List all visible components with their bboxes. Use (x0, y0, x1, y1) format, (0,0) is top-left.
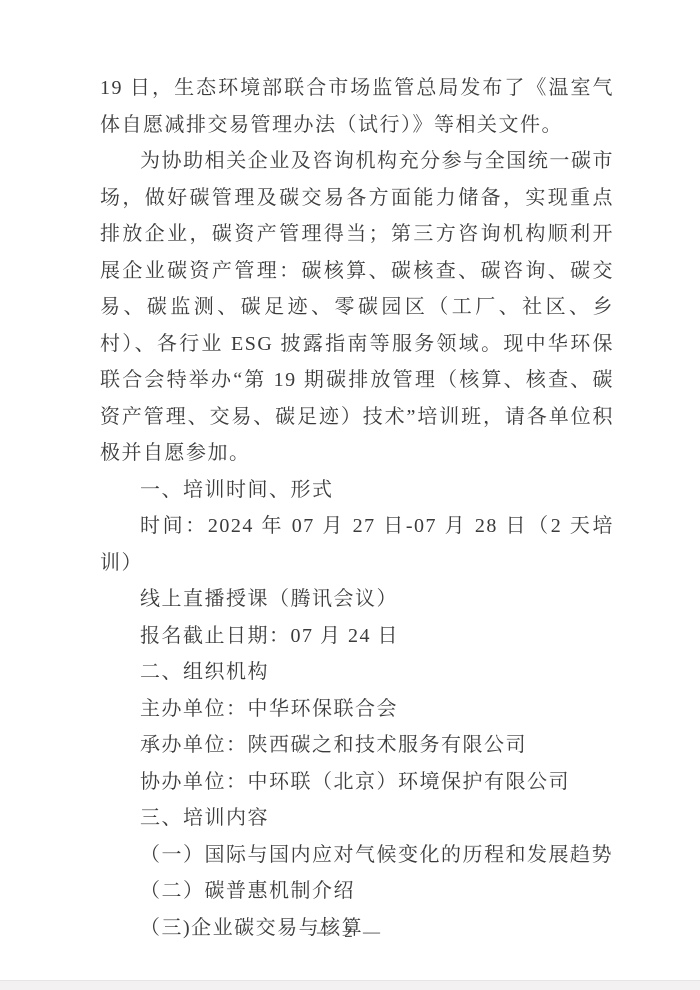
body-paragraph-continuation: 19 日，生态环境部联合市场监管总局发布了《温室气体自愿减排交易管理办法（试行）… (100, 70, 614, 143)
document-page: 19 日，生态环境部联合市场监管总局发布了《温室气体自愿减排交易管理办法（试行）… (0, 0, 700, 990)
content-item-2: （二）碳普惠机制介绍 (100, 873, 614, 910)
document-body: 19 日，生态环境部联合市场监管总局发布了《温室气体自愿减排交易管理办法（试行）… (100, 70, 614, 946)
host-unit-line: 主办单位：中华环保联合会 (100, 691, 614, 728)
scan-bottom-edge (0, 980, 700, 990)
section-heading-1: 一、培训时间、形式 (100, 472, 614, 509)
registration-deadline-line: 报名截止日期：07 月 24 日 (100, 618, 614, 655)
page-number: — 2 — (0, 922, 700, 942)
section-heading-3: 三、培训内容 (100, 800, 614, 837)
content-item-1: （一）国际与国内应对气候变化的历程和发展趋势 (100, 837, 614, 874)
co-organizer-unit-line: 协办单位：中环联（北京）环境保护有限公司 (100, 764, 614, 801)
organizer-unit-line: 承办单位：陕西碳之和技术服务有限公司 (100, 727, 614, 764)
training-format-line: 线上直播授课（腾讯会议） (100, 581, 614, 618)
section-heading-2: 二、组织机构 (100, 654, 614, 691)
training-time-line: 时间：2024 年 07 月 27 日-07 月 28 日（2 天培训） (100, 508, 614, 581)
body-paragraph: 为协助相关企业及咨询机构充分参与全国统一碳市场，做好碳管理及碳交易各方面能力储备… (100, 143, 614, 472)
